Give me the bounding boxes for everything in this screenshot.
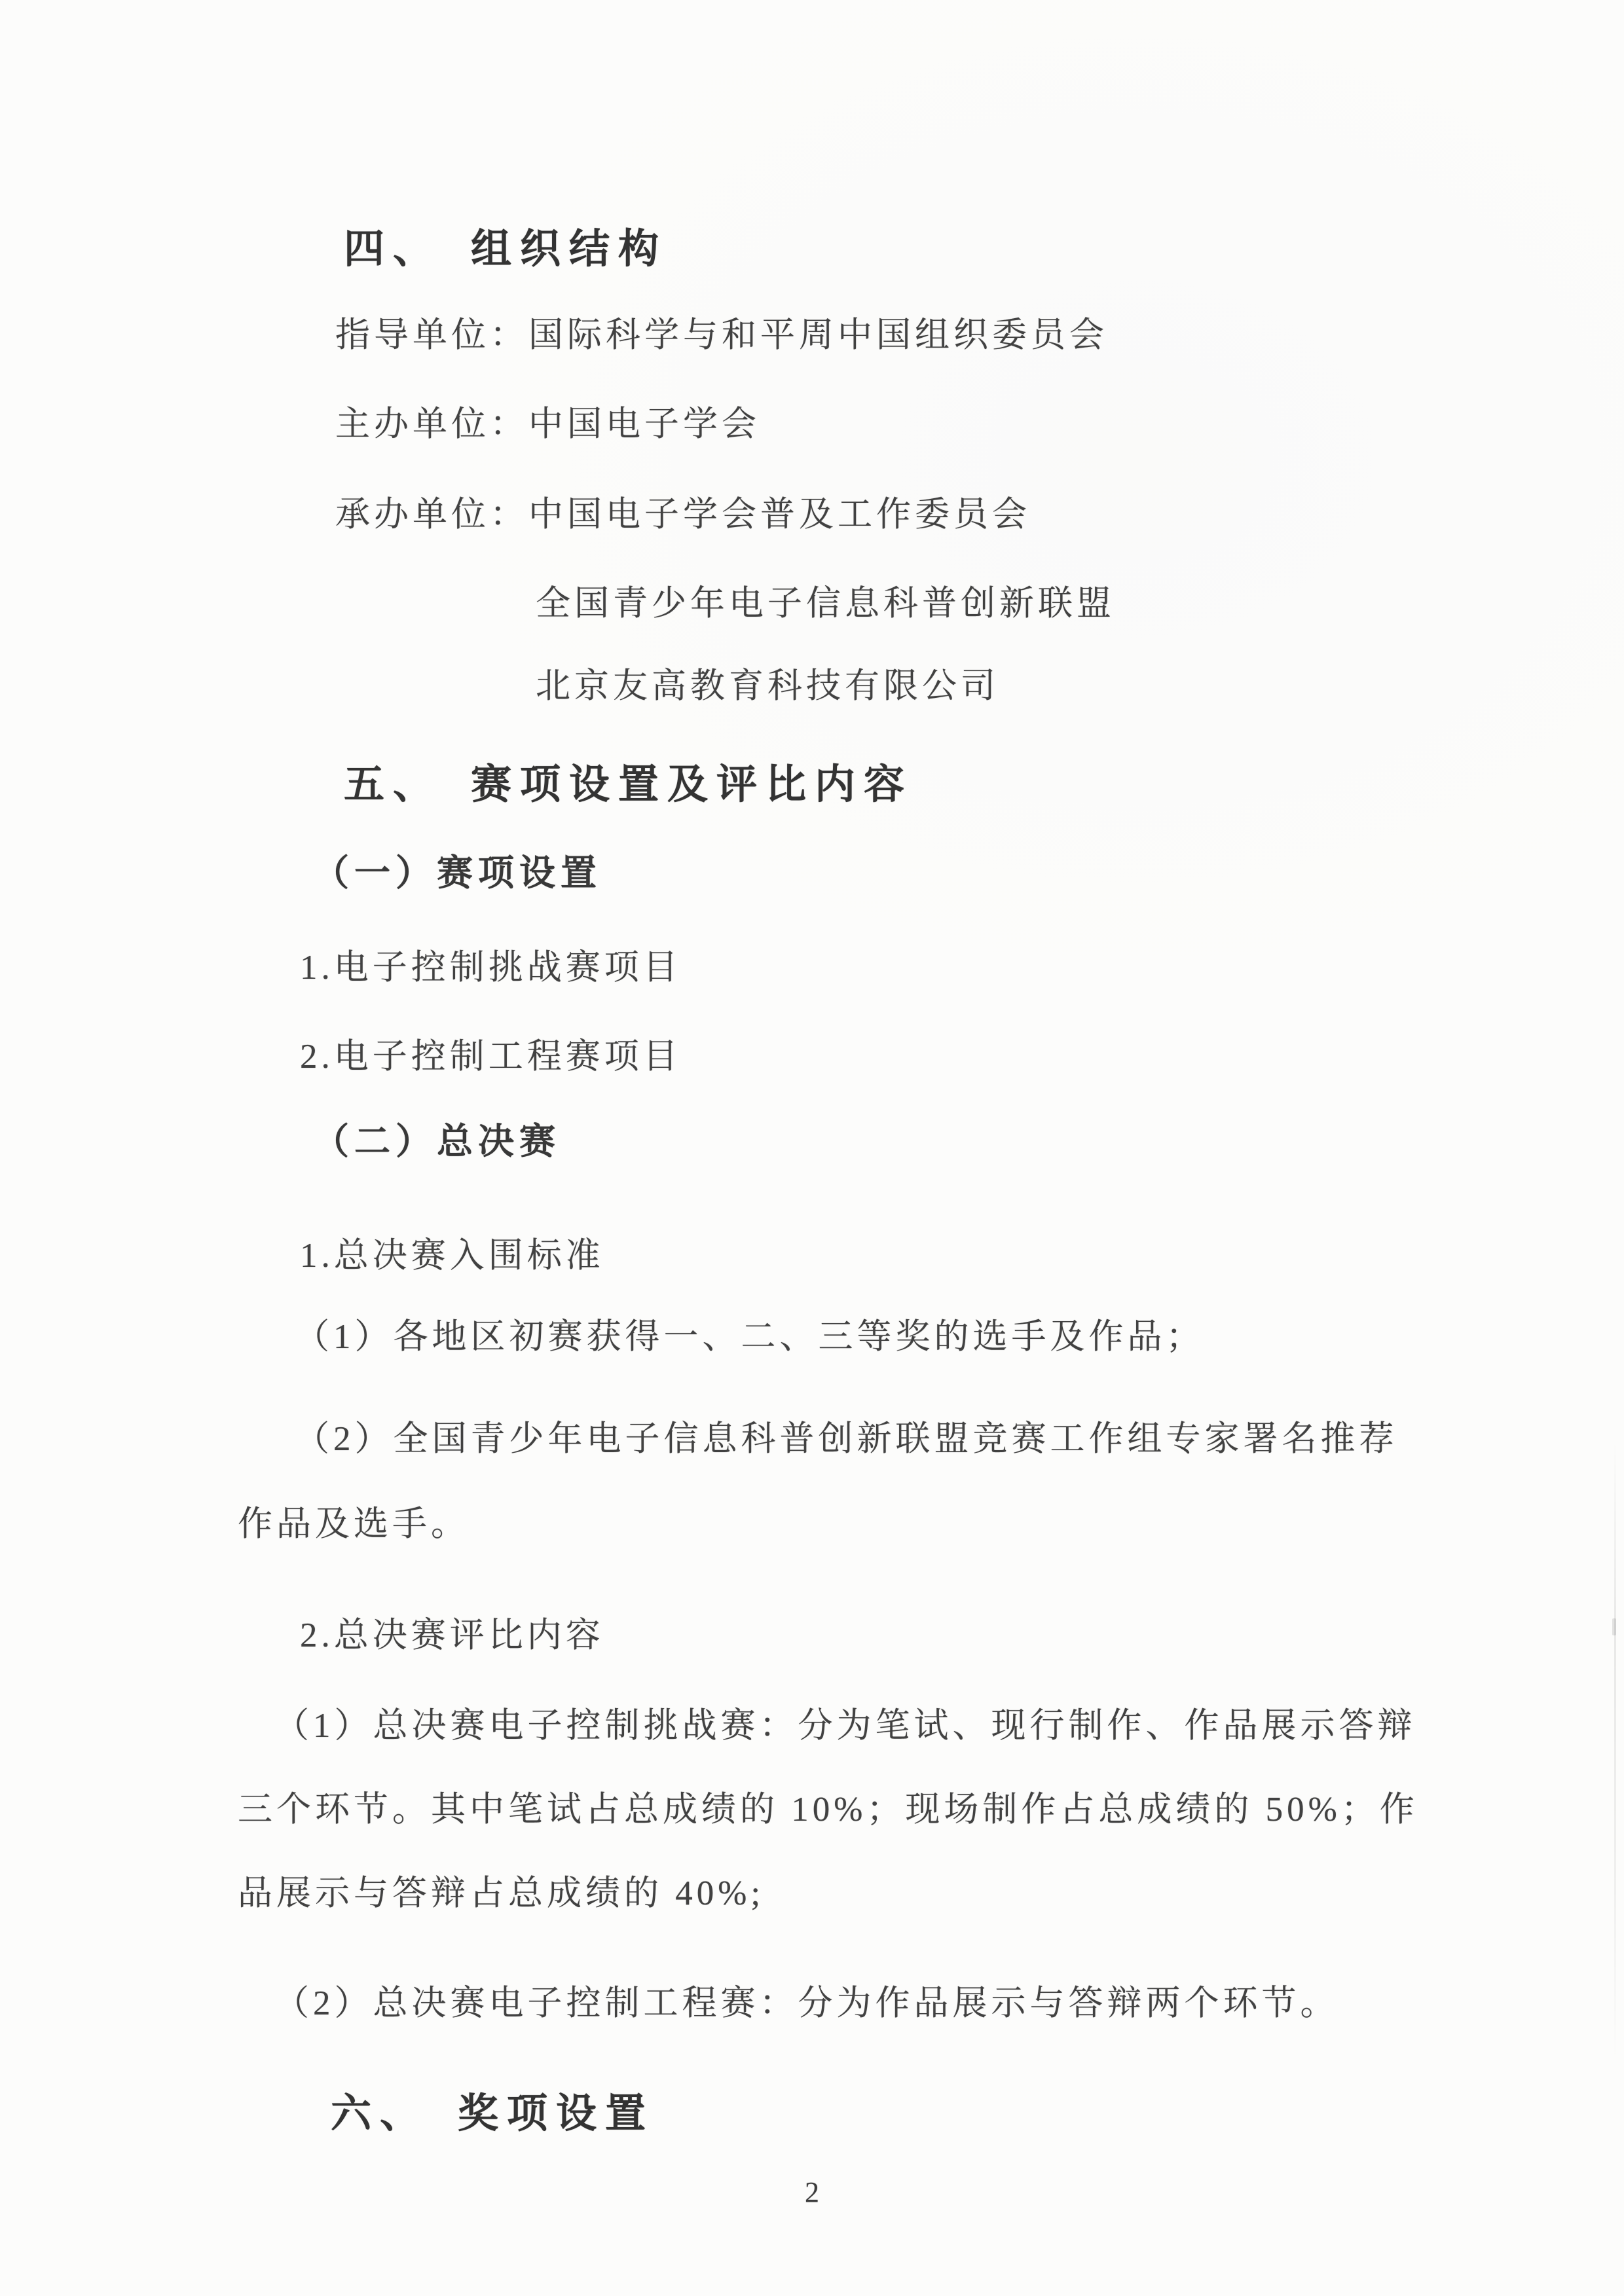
subheading-event-setup: （一）赛项设置 <box>313 852 602 894</box>
line-guidance-unit: 指导单位：国际科学与和平周中国组织委员会 <box>335 316 1108 355</box>
document-page: 四、 组织结构 指导单位：国际科学与和平周中国组织委员会 主办单位：中国电子学会… <box>0 0 1624 2296</box>
section-heading-6-awards: 六、 奖项设置 <box>331 2091 654 2138</box>
section-heading-4-organization: 四、 组织结构 <box>344 227 667 273</box>
line-organizer-unit-3: 北京友高教育科技有限公司 <box>536 666 999 706</box>
page-number: 2 <box>0 2176 1624 2210</box>
line-organizer-unit-2: 全国青少年电子信息科普创新联盟 <box>536 584 1115 624</box>
scan-edge-shadow <box>1614 1440 1616 2062</box>
para-criteria-expert-recommendation: （2）全国青少年电子信息科普创新联盟竞赛工作组专家署名推荐 <box>295 1419 1398 1459</box>
section-heading-5-events: 五、 赛项设置及评比内容 <box>344 762 913 809</box>
item-engineering-event: 2.电子控制工程赛项目 <box>300 1037 682 1077</box>
item-challenge-event: 1.电子控制挑战赛项目 <box>300 948 682 988</box>
para-final-challenge-evaluation: （1）总决赛电子控制挑战赛：分为笔试、现行制作、作品展示答辩 <box>274 1706 1416 1746</box>
line-organizer-unit: 承办单位：中国电子学会普及工作委员会 <box>335 495 1031 535</box>
item-final-evaluation-content: 2.总决赛评比内容 <box>300 1616 604 1656</box>
subheading-grand-final: （二）总决赛 <box>313 1121 561 1162</box>
para-final-challenge-evaluation-cont2: 品展示与答辩占总成绩的 40%; <box>238 1874 764 1914</box>
scan-speck <box>1612 1618 1616 1635</box>
para-final-challenge-evaluation-cont: 三个环节。其中笔试占总成绩的 10%；现场制作占总成绩的 50%；作 <box>238 1790 1418 1830</box>
item-final-entry-criteria: 1.总决赛入围标准 <box>300 1236 604 1276</box>
line-host-unit: 主办单位：中国电子学会 <box>335 405 760 445</box>
para-criteria-regional-winners: （1）各地区初赛获得一、二、三等奖的选手及作品； <box>295 1317 1205 1357</box>
para-final-engineering-evaluation: （2）总决赛电子控制工程赛：分为作品展示与答辩两个环节。 <box>274 1984 1339 2024</box>
para-criteria-recommendation-cont: 作品及选手。 <box>238 1504 470 1544</box>
